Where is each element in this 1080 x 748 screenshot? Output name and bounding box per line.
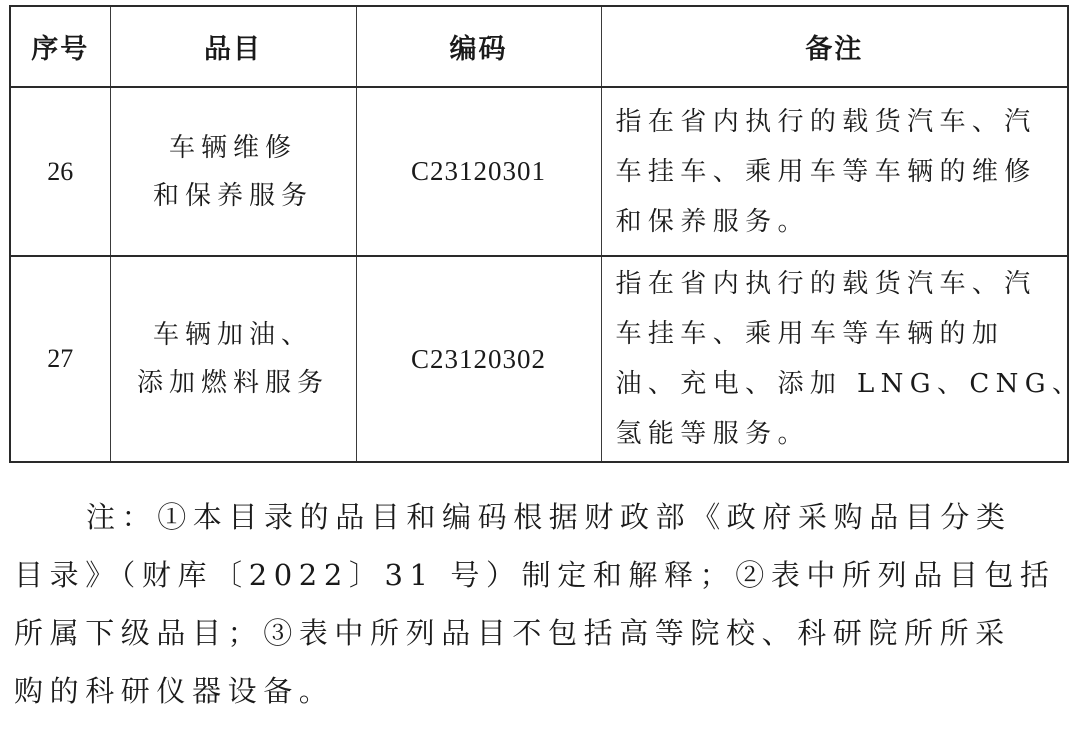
footnote-line: 所属下级品目；③表中所列品目不包括高等院校、科研院所所采 (14, 604, 1070, 662)
item-line: 和保养服务 (111, 172, 356, 220)
table-header-row: 序号 品目 编码 备注 (10, 6, 1068, 87)
cell-item: 车辆维修 和保养服务 (110, 87, 356, 256)
footnote-line: 购的科研仪器设备。 (14, 662, 1070, 720)
note-line: 指在省内执行的载货汽车、汽 (616, 259, 1058, 309)
cell-note: 指在省内执行的载货汽车、汽 车挂车、乘用车等车辆的加 油、充电、添加 LNG、C… (601, 256, 1068, 462)
cell-item: 车辆加油、 添加燃料服务 (110, 256, 356, 462)
cell-code: C23120302 (356, 256, 601, 462)
item-line: 添加燃料服务 (111, 359, 356, 407)
table-row: 26 车辆维修 和保养服务 C23120301 指在省内执行的载货汽车、汽 车挂… (10, 87, 1068, 256)
note-line: 车挂车、乘用车等车辆的加 (616, 309, 1058, 359)
note-line: 车挂车、乘用车等车辆的维修 (616, 147, 1058, 197)
table-row: 27 车辆加油、 添加燃料服务 C23120302 指在省内执行的载货汽车、汽 … (10, 256, 1068, 462)
footnote-line: 目录》（财库〔2022〕31 号）制定和解释；②表中所列品目包括 (14, 546, 1070, 604)
note-line: 氢能等服务。 (616, 409, 1058, 459)
table-body: 26 车辆维修 和保养服务 C23120301 指在省内执行的载货汽车、汽 车挂… (10, 87, 1068, 462)
footnote-line: 注：①本目录的品目和编码根据财政部《政府采购品目分类 (14, 488, 1070, 546)
header-seq: 序号 (10, 6, 110, 87)
note-line: 油、充电、添加 LNG、CNG、 (616, 359, 1058, 409)
footnote: 注：①本目录的品目和编码根据财政部《政府采购品目分类 目录》（财库〔2022〕3… (14, 488, 1070, 720)
note-line: 和保养服务。 (616, 197, 1058, 247)
procurement-catalog-table: 序号 品目 编码 备注 26 车辆维修 和保养服务 C23120301 指在省内… (9, 5, 1069, 463)
cell-seq: 27 (10, 256, 110, 462)
header-item: 品目 (110, 6, 356, 87)
cell-code: C23120301 (356, 87, 601, 256)
item-line: 车辆维修 (111, 124, 356, 172)
note-line: 指在省内执行的载货汽车、汽 (616, 97, 1058, 147)
cell-seq: 26 (10, 87, 110, 256)
item-line: 车辆加油、 (111, 311, 356, 359)
header-note: 备注 (601, 6, 1068, 87)
cell-note: 指在省内执行的载货汽车、汽 车挂车、乘用车等车辆的维修 和保养服务。 (601, 87, 1068, 256)
table-header: 序号 品目 编码 备注 (10, 6, 1068, 87)
header-code: 编码 (356, 6, 601, 87)
